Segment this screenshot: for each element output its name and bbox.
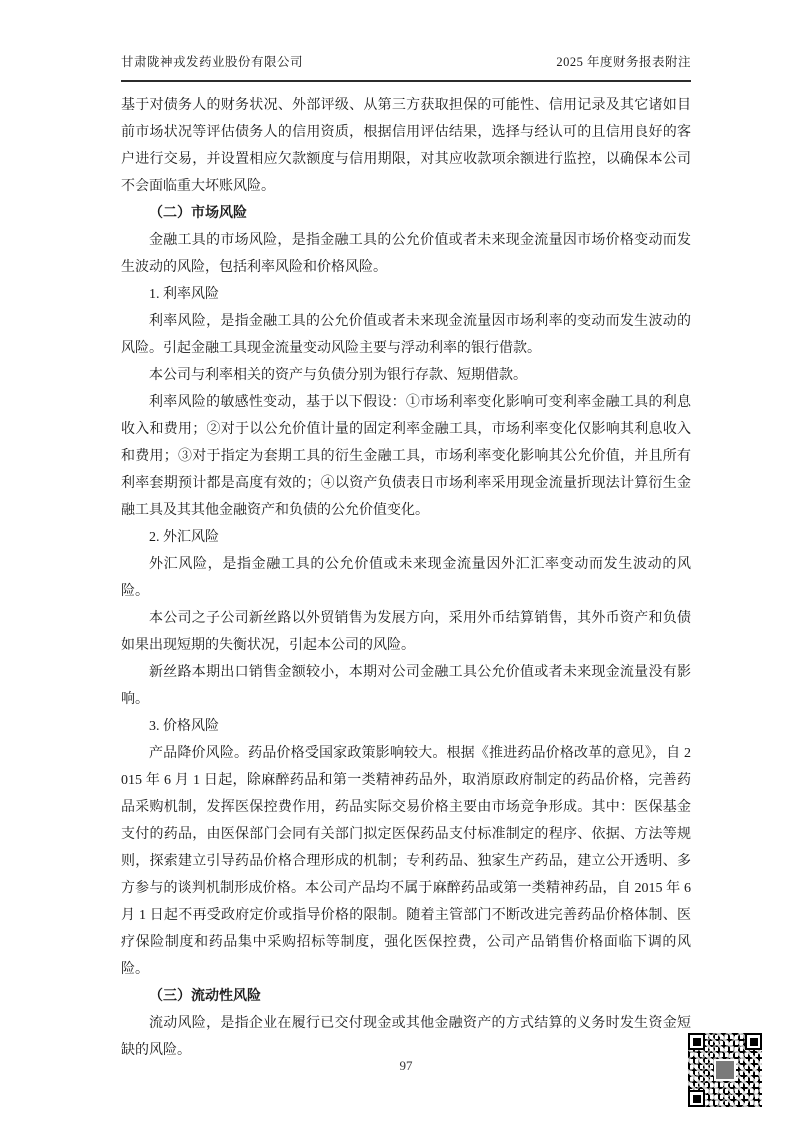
paragraph-interest-rate-sensitivity: 利率风险的敏感性变动，基于以下假设：①市场利率变化影响可变利率金融工具的利息收入… <box>121 389 691 524</box>
qr-finder-bottom-left-icon <box>688 1090 705 1107</box>
page-number: 97 <box>400 1058 413 1073</box>
subheading-interest-rate-risk: 1. 利率风险 <box>121 281 691 308</box>
paragraph-market-risk-intro: 金融工具的市场风险，是指金融工具的公允价值或者未来现金流量因市场价格变动而发生波… <box>121 227 691 281</box>
document-body: 基于对债务人的财务状况、外部评级、从第三方获取担保的可能性、信用记录及其它诸如目… <box>121 92 691 1064</box>
page-header: 甘肃陇神戎发药业股份有限公司 2025 年度财务报表附注 <box>121 52 691 82</box>
qr-center-logo-icon <box>714 1059 736 1081</box>
paragraph-forex-risk-def: 外汇风险，是指金融工具的公允价值或未来现金流量因外汇汇率变动而发生波动的风险。 <box>121 551 691 605</box>
paragraph-liquidity-risk-def: 流动风险，是指企业在履行已交付现金或其他金融资产的方式结算的义务时发生资金短缺的… <box>121 1010 691 1064</box>
subheading-forex-risk: 2. 外汇风险 <box>121 524 691 551</box>
qr-code-icon <box>688 1033 762 1107</box>
header-company-name: 甘肃陇神戎发药业股份有限公司 <box>121 52 303 70</box>
paragraph-credit-risk-continuation: 基于对债务人的财务状况、外部评级、从第三方获取担保的可能性、信用记录及其它诸如目… <box>121 92 691 200</box>
page-footer: 97 <box>121 1058 691 1074</box>
qr-finder-top-left-icon <box>688 1033 705 1050</box>
section-heading-liquidity-risk: （三）流动性风险 <box>121 983 691 1010</box>
section-heading-market-risk: （二）市场风险 <box>121 200 691 227</box>
paragraph-interest-rate-assets: 本公司与利率相关的资产与负债分别为银行存款、短期借款。 <box>121 362 691 389</box>
qr-finder-top-right-icon <box>745 1033 762 1050</box>
paragraph-interest-rate-risk-def: 利率风险，是指金融工具的公允价值或者未来现金流量因市场利率的变动而发生波动的风险… <box>121 308 691 362</box>
subheading-price-risk: 3. 价格风险 <box>121 713 691 740</box>
paragraph-forex-subsidiary: 本公司之子公司新丝路以外贸销售为发展方向，采用外币结算销售，其外币资产和负债如果… <box>121 605 691 659</box>
header-rule <box>121 80 691 82</box>
paragraph-forex-impact: 新丝路本期出口销售金额较小，本期对公司金融工具公允价值或者未来现金流量没有影响。 <box>121 659 691 713</box>
paragraph-price-risk-detail: 产品降价风险。药品价格受国家政策影响较大。根据《推进药品价格改革的意见》，自 2… <box>121 740 691 983</box>
header-doc-title: 2025 年度财务报表附注 <box>556 52 691 70</box>
